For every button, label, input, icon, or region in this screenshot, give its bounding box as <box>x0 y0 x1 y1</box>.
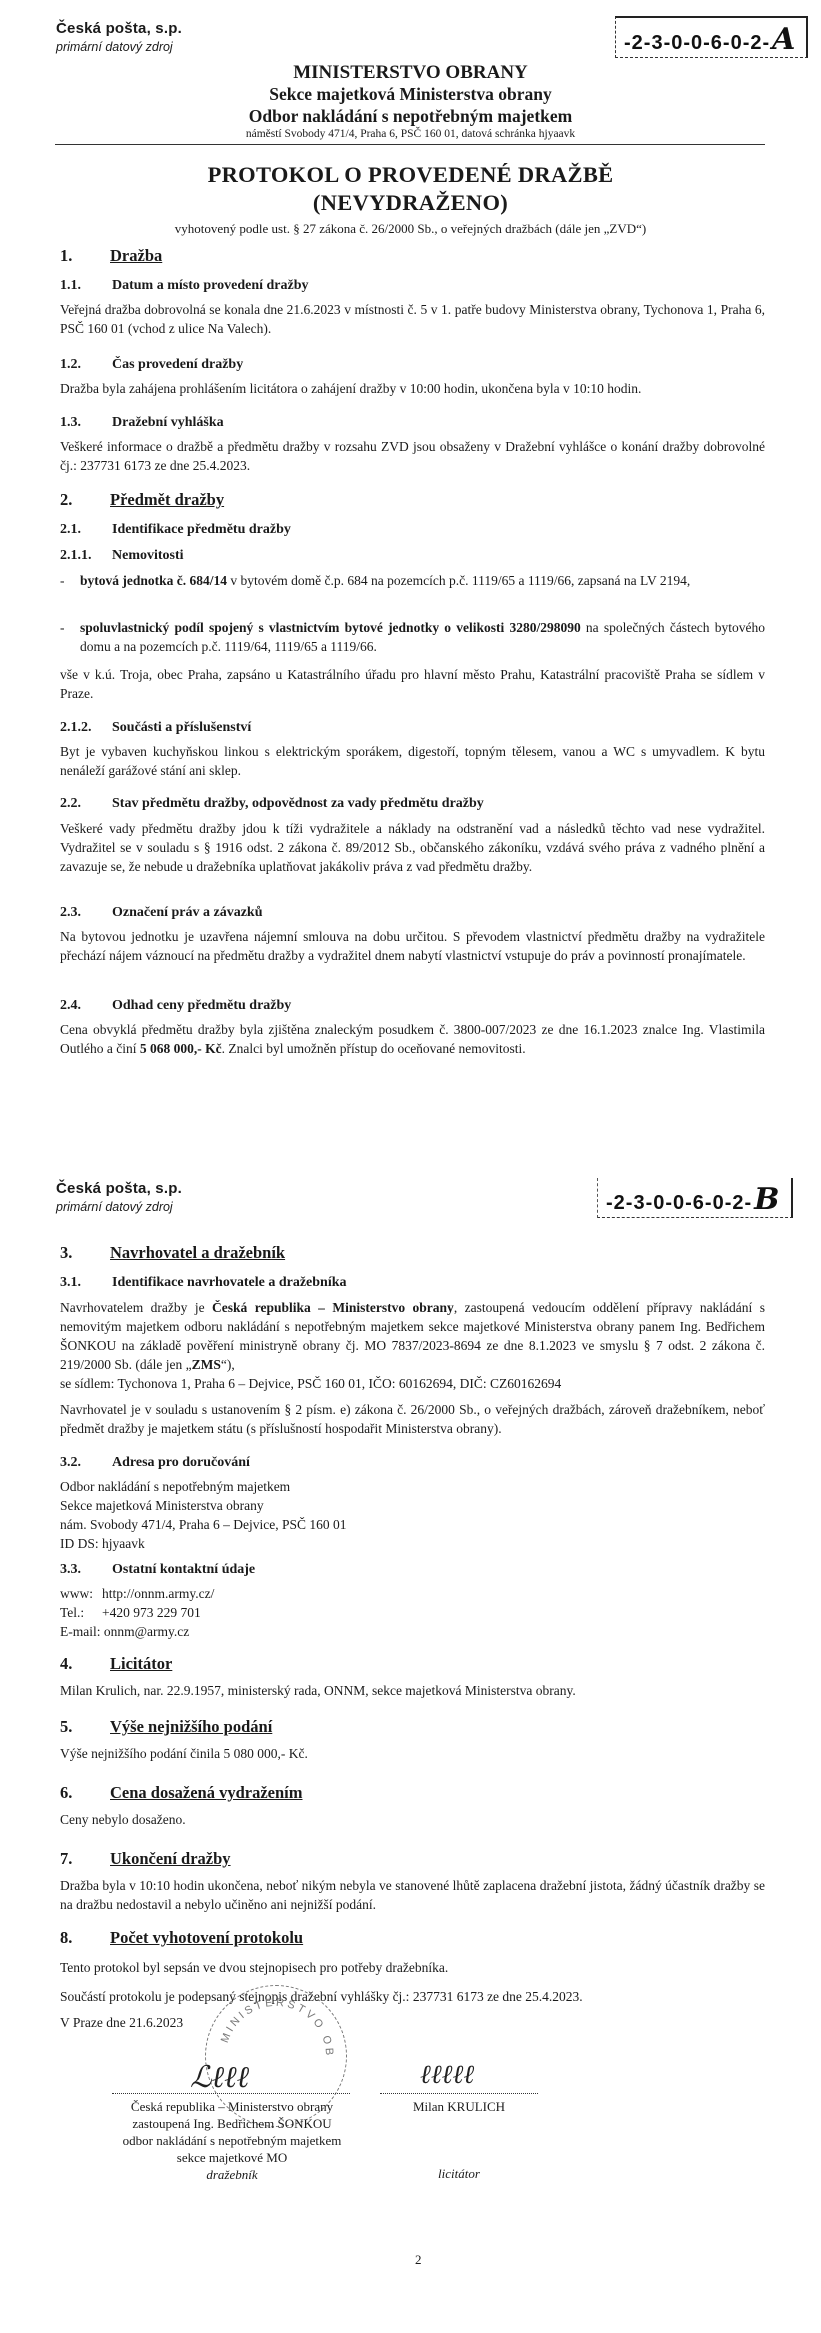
property-item: - bytová jednotka č. 684/14 v bytovém do… <box>60 571 765 590</box>
contact-list: www:http://onnm.army.cz/ Tel.:+420 973 2… <box>60 1584 765 1641</box>
document-subtitle: vyhotovený podle ust. § 27 zákona č. 26/… <box>0 221 821 237</box>
stamp-letter: B <box>754 1182 780 1217</box>
contact-phone: Tel.:+420 973 229 701 <box>60 1603 765 1622</box>
section-1-heading: 1.Dražba <box>60 246 162 265</box>
post-name: Česká pošta, s.p. <box>56 20 182 37</box>
section-1-3-heading: 1.3.Dražební vyhláška <box>60 413 224 432</box>
page-number: 2 <box>415 2252 422 2268</box>
post-source-label: primární datový zdroj <box>56 1200 173 1214</box>
section-1-1-heading: 1.1.Datum a místo provedení dražby <box>60 276 309 295</box>
property-item: - spoluvlastnický podíl spojený s vlastn… <box>60 618 765 656</box>
section-2-1-2-heading: 2.1.2.Součásti a příslušenství <box>60 718 251 737</box>
place-date: V Praze dne 21.6.2023 <box>60 2013 183 2032</box>
contact-www: www:http://onnm.army.cz/ <box>60 1584 765 1603</box>
delivery-address: Odbor nakládání s nepotřebným majetkem S… <box>60 1477 765 1553</box>
section-7-text: Dražba byla v 10:10 hodin ukončena, nebo… <box>60 1876 765 1914</box>
post-source-label: primární datový zdroj <box>56 40 173 54</box>
section-5-heading: 5.Výše nejnižšího podání <box>60 1717 272 1736</box>
section-2-3-heading: 2.3.Označení práv a závazků <box>60 903 263 922</box>
website-link[interactable]: http://onnm.army.cz/ <box>102 1586 214 1601</box>
seat-info: se sídlem: Tychonova 1, Praha 6 – Dejvic… <box>60 1376 561 1391</box>
section-2-2-heading: 2.2.Stav předmětu dražby, odpovědnost za… <box>60 794 484 813</box>
section-2-1-1-text: vše v k.ú. Troja, obec Praha, zapsáno u … <box>60 665 765 703</box>
section-4-heading: 4.Licitátor <box>60 1654 172 1673</box>
section-1-1-text: Veřejná dražba dobrovolná se konala dne … <box>60 300 765 338</box>
section-7-heading: 7.Ukončení dražby <box>60 1849 231 1868</box>
org-section: Sekce majetková Ministerstva obrany <box>0 84 821 105</box>
section-8-text-1: Tento protokol byl sepsán ve dvou stejno… <box>60 1958 765 1977</box>
section-3-3-heading: 3.3.Ostatní kontaktní údaje <box>60 1560 255 1579</box>
section-2-2-text: Veškeré vady předmětu dražby jdou k tíži… <box>60 819 765 876</box>
role-licitator: licitátor <box>380 2166 538 2182</box>
document-stamp: -2-3-0-0-6-0-2-A <box>615 16 808 58</box>
section-1-2-text: Dražba byla zahájena prohlášením licitát… <box>60 379 765 398</box>
section-2-4-heading: 2.4.Odhad ceny předmětu dražby <box>60 996 291 1015</box>
section-3-1-text: Navrhovatelem dražby je Česká republika … <box>60 1298 765 1393</box>
svg-text:MINISTERSTVO OBRANY: MINISTERSTVO OBRANY <box>206 1986 335 2058</box>
email-link[interactable]: onnm@army.cz <box>104 1624 189 1639</box>
section-3-1-heading: 3.1.Identifikace navrhovatele a dražební… <box>60 1273 347 1292</box>
section-2-3-text: Na bytovou jednotku je uzavřena nájemní … <box>60 927 765 965</box>
section-1-2-heading: 1.2.Čas provedení dražby <box>60 355 243 374</box>
section-8-heading: 8.Počet vyhotovení protokolu <box>60 1928 303 1947</box>
document-title: PROTOKOL O PROVEDENÉ DRAŽBĚ <box>0 162 821 188</box>
signature-line-left <box>112 2093 350 2094</box>
org-department: Odbor nakládání s nepotřebným majetkem <box>0 106 821 127</box>
section-4-text: Milan Krulich, nar. 22.9.1957, ministers… <box>60 1681 765 1700</box>
section-2-1-heading: 2.1.Identifikace předmětu dražby <box>60 520 291 539</box>
stamp-number: -2-3-0-0-6-0-2- <box>606 1192 752 1214</box>
post-name: Česká pošta, s.p. <box>56 1180 182 1197</box>
org-address: náměstí Svobody 471/4, Praha 6, PSČ 160 … <box>0 128 821 140</box>
document-stamp: -2-3-0-0-6-0-2-B <box>597 1178 793 1218</box>
section-2-1-2-text: Byt je vybaven kuchyňskou linkou s elekt… <box>60 742 765 780</box>
section-2-heading: 2.Předmět dražby <box>60 490 224 509</box>
signature-left-icon: ℒℓℓℓ <box>190 2060 249 2095</box>
section-6-text: Ceny nebylo dosaženo. <box>60 1810 765 1829</box>
section-5-text: Výše nejnižšího podání činila 5 080 000,… <box>60 1744 765 1763</box>
signature-line-right <box>380 2093 538 2094</box>
stamp-number: -2-3-0-0-6-0-2- <box>624 32 770 54</box>
section-3-heading: 3.Navrhovatel a dražebník <box>60 1243 285 1262</box>
document-status: (NEVYDRAŽENO) <box>0 190 821 216</box>
org-name: MINISTERSTVO OBRANY <box>0 62 821 84</box>
section-3-1-text-2: Navrhovatel je v souladu s ustanovením §… <box>60 1400 765 1438</box>
signature-caption-licitator: Milan KRULICH <box>380 2098 538 2115</box>
section-6-heading: 6.Cena dosažená vydražením <box>60 1783 303 1802</box>
section-1-3-text: Veškeré informace o dražbě a předmětu dr… <box>60 437 765 475</box>
section-2-1-1-heading: 2.1.1.Nemovitosti <box>60 546 184 565</box>
contact-email: E-mail: onnm@army.cz <box>60 1622 765 1641</box>
section-3-2-heading: 3.2.Adresa pro doručování <box>60 1453 250 1472</box>
section-8-text-2: Součástí protokolu je podepsaný stejnopi… <box>60 1987 765 2006</box>
estimated-price: 5 068 000,- Kč <box>140 1041 222 1056</box>
stamp-letter: A <box>772 22 796 57</box>
section-2-4-text: Cena obvyklá předmětu dražby byla zjiště… <box>60 1020 765 1058</box>
signature-caption-auctioneer: Česká republika – Ministerstvo obrany za… <box>82 2098 382 2183</box>
header-divider <box>55 144 765 145</box>
signature-right-icon: ℓℓℓℓℓ <box>420 2060 474 2090</box>
role-auctioneer: dražebník <box>82 2166 382 2183</box>
